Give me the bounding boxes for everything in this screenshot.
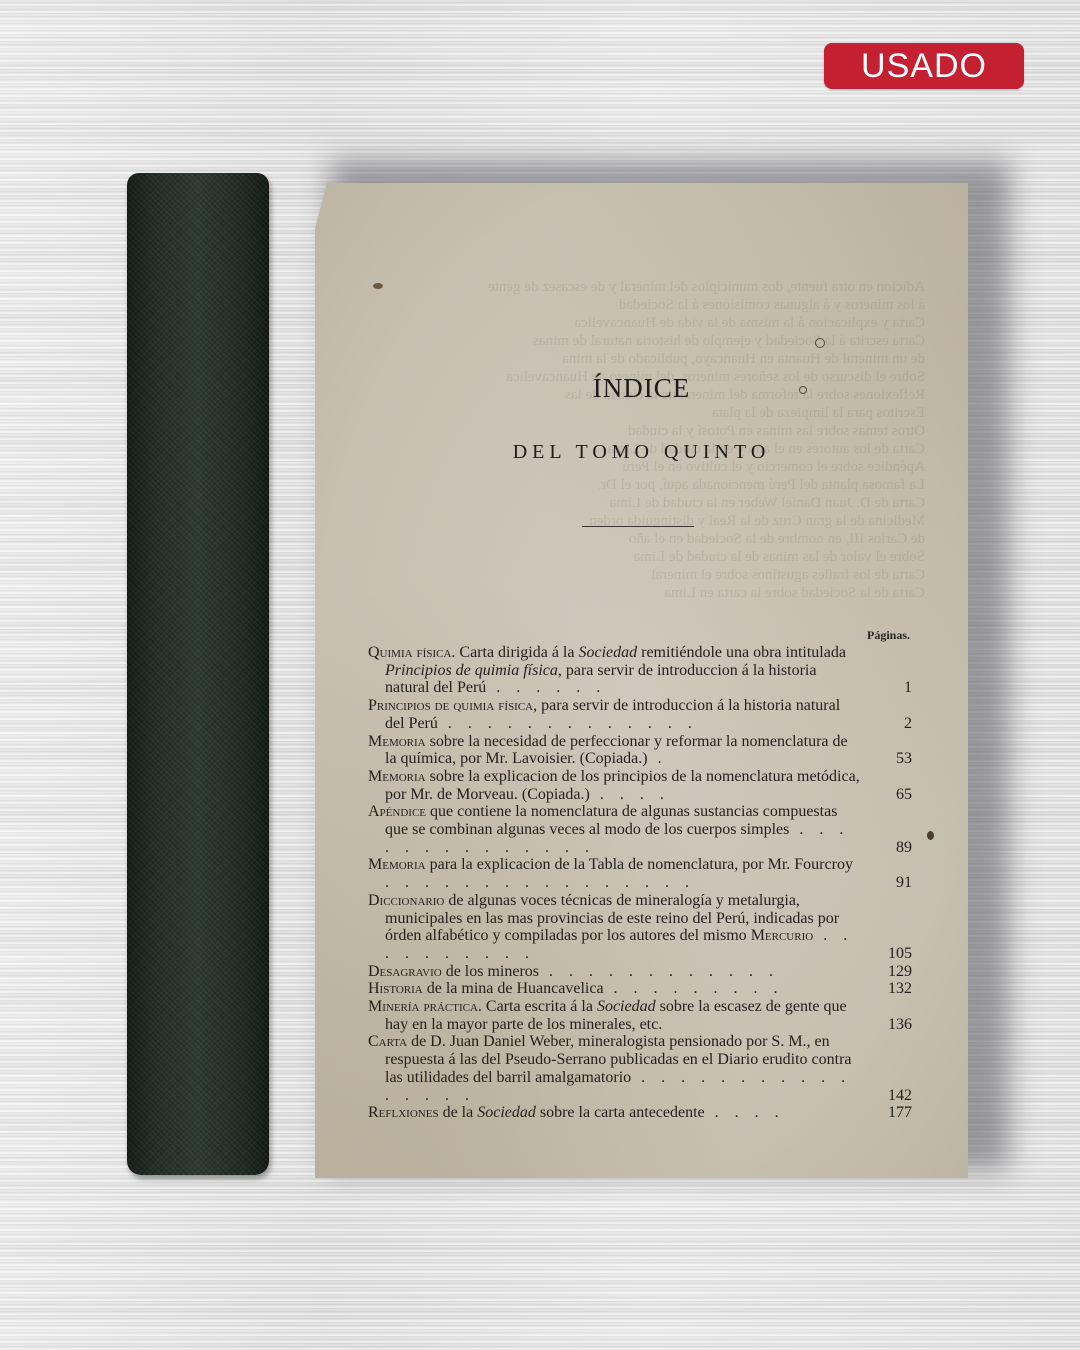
table-of-contents: Quimia física. Carta dirigida á la Socie… [368, 644, 912, 1122]
stain-spot [815, 338, 825, 348]
page-number: 53 [872, 750, 912, 768]
page-number: 2 [872, 715, 912, 733]
pages-column-header: Páginas. [867, 628, 910, 643]
toc-entry: Reflxiones de la Sociedad sobre la carta… [368, 1104, 912, 1122]
toc-entry: Memoria sobre la explicacion de los prin… [368, 768, 912, 803]
page-number: 65 [872, 786, 912, 804]
book-spine [127, 173, 269, 1175]
toc-entry: Desagravio de los mineros . . . . . . . … [368, 963, 912, 981]
page-number: 132 [872, 980, 912, 998]
page-number: 142 [872, 1087, 912, 1105]
toc-entry: Memoria sobre la necesidad de perfeccion… [368, 733, 912, 768]
used-condition-badge: USADO [824, 43, 1024, 89]
toc-entry: Diccionario de algunas voces técnicas de… [368, 892, 912, 963]
toc-entry: Minería práctica. Carta escrita á la Soc… [368, 998, 912, 1033]
page-number: 89 [872, 839, 912, 857]
page-number: 105 [872, 945, 912, 963]
toc-entry: Historia de la mina de Huancavelica . . … [368, 980, 912, 998]
toc-entry: Memoria para la explicacion de la Tabla … [368, 856, 912, 891]
book-page: Adicion en otra fuente, dos municipios d… [315, 183, 968, 1178]
title-divider [582, 526, 694, 527]
toc-entry: Carta de D. Juan Daniel Weber, mineralog… [368, 1033, 912, 1104]
page-number: 136 [872, 1016, 912, 1034]
toc-entry: Apéndice que contiene la nomenclatura de… [368, 803, 912, 856]
stain-spot [373, 283, 383, 289]
page-number: 129 [872, 963, 912, 981]
toc-entry: Principios de quimia física, para servir… [368, 697, 912, 732]
page-number: 91 [872, 874, 912, 892]
page-subtitle: DEL TOMO QUINTO [315, 441, 968, 464]
toc-entry: Quimia física. Carta dirigida á la Socie… [368, 644, 912, 697]
page-number: 1 [872, 679, 912, 697]
stain-spot [927, 831, 934, 840]
page-number: 177 [872, 1104, 912, 1122]
page-title: ÍNDICE [315, 373, 968, 404]
